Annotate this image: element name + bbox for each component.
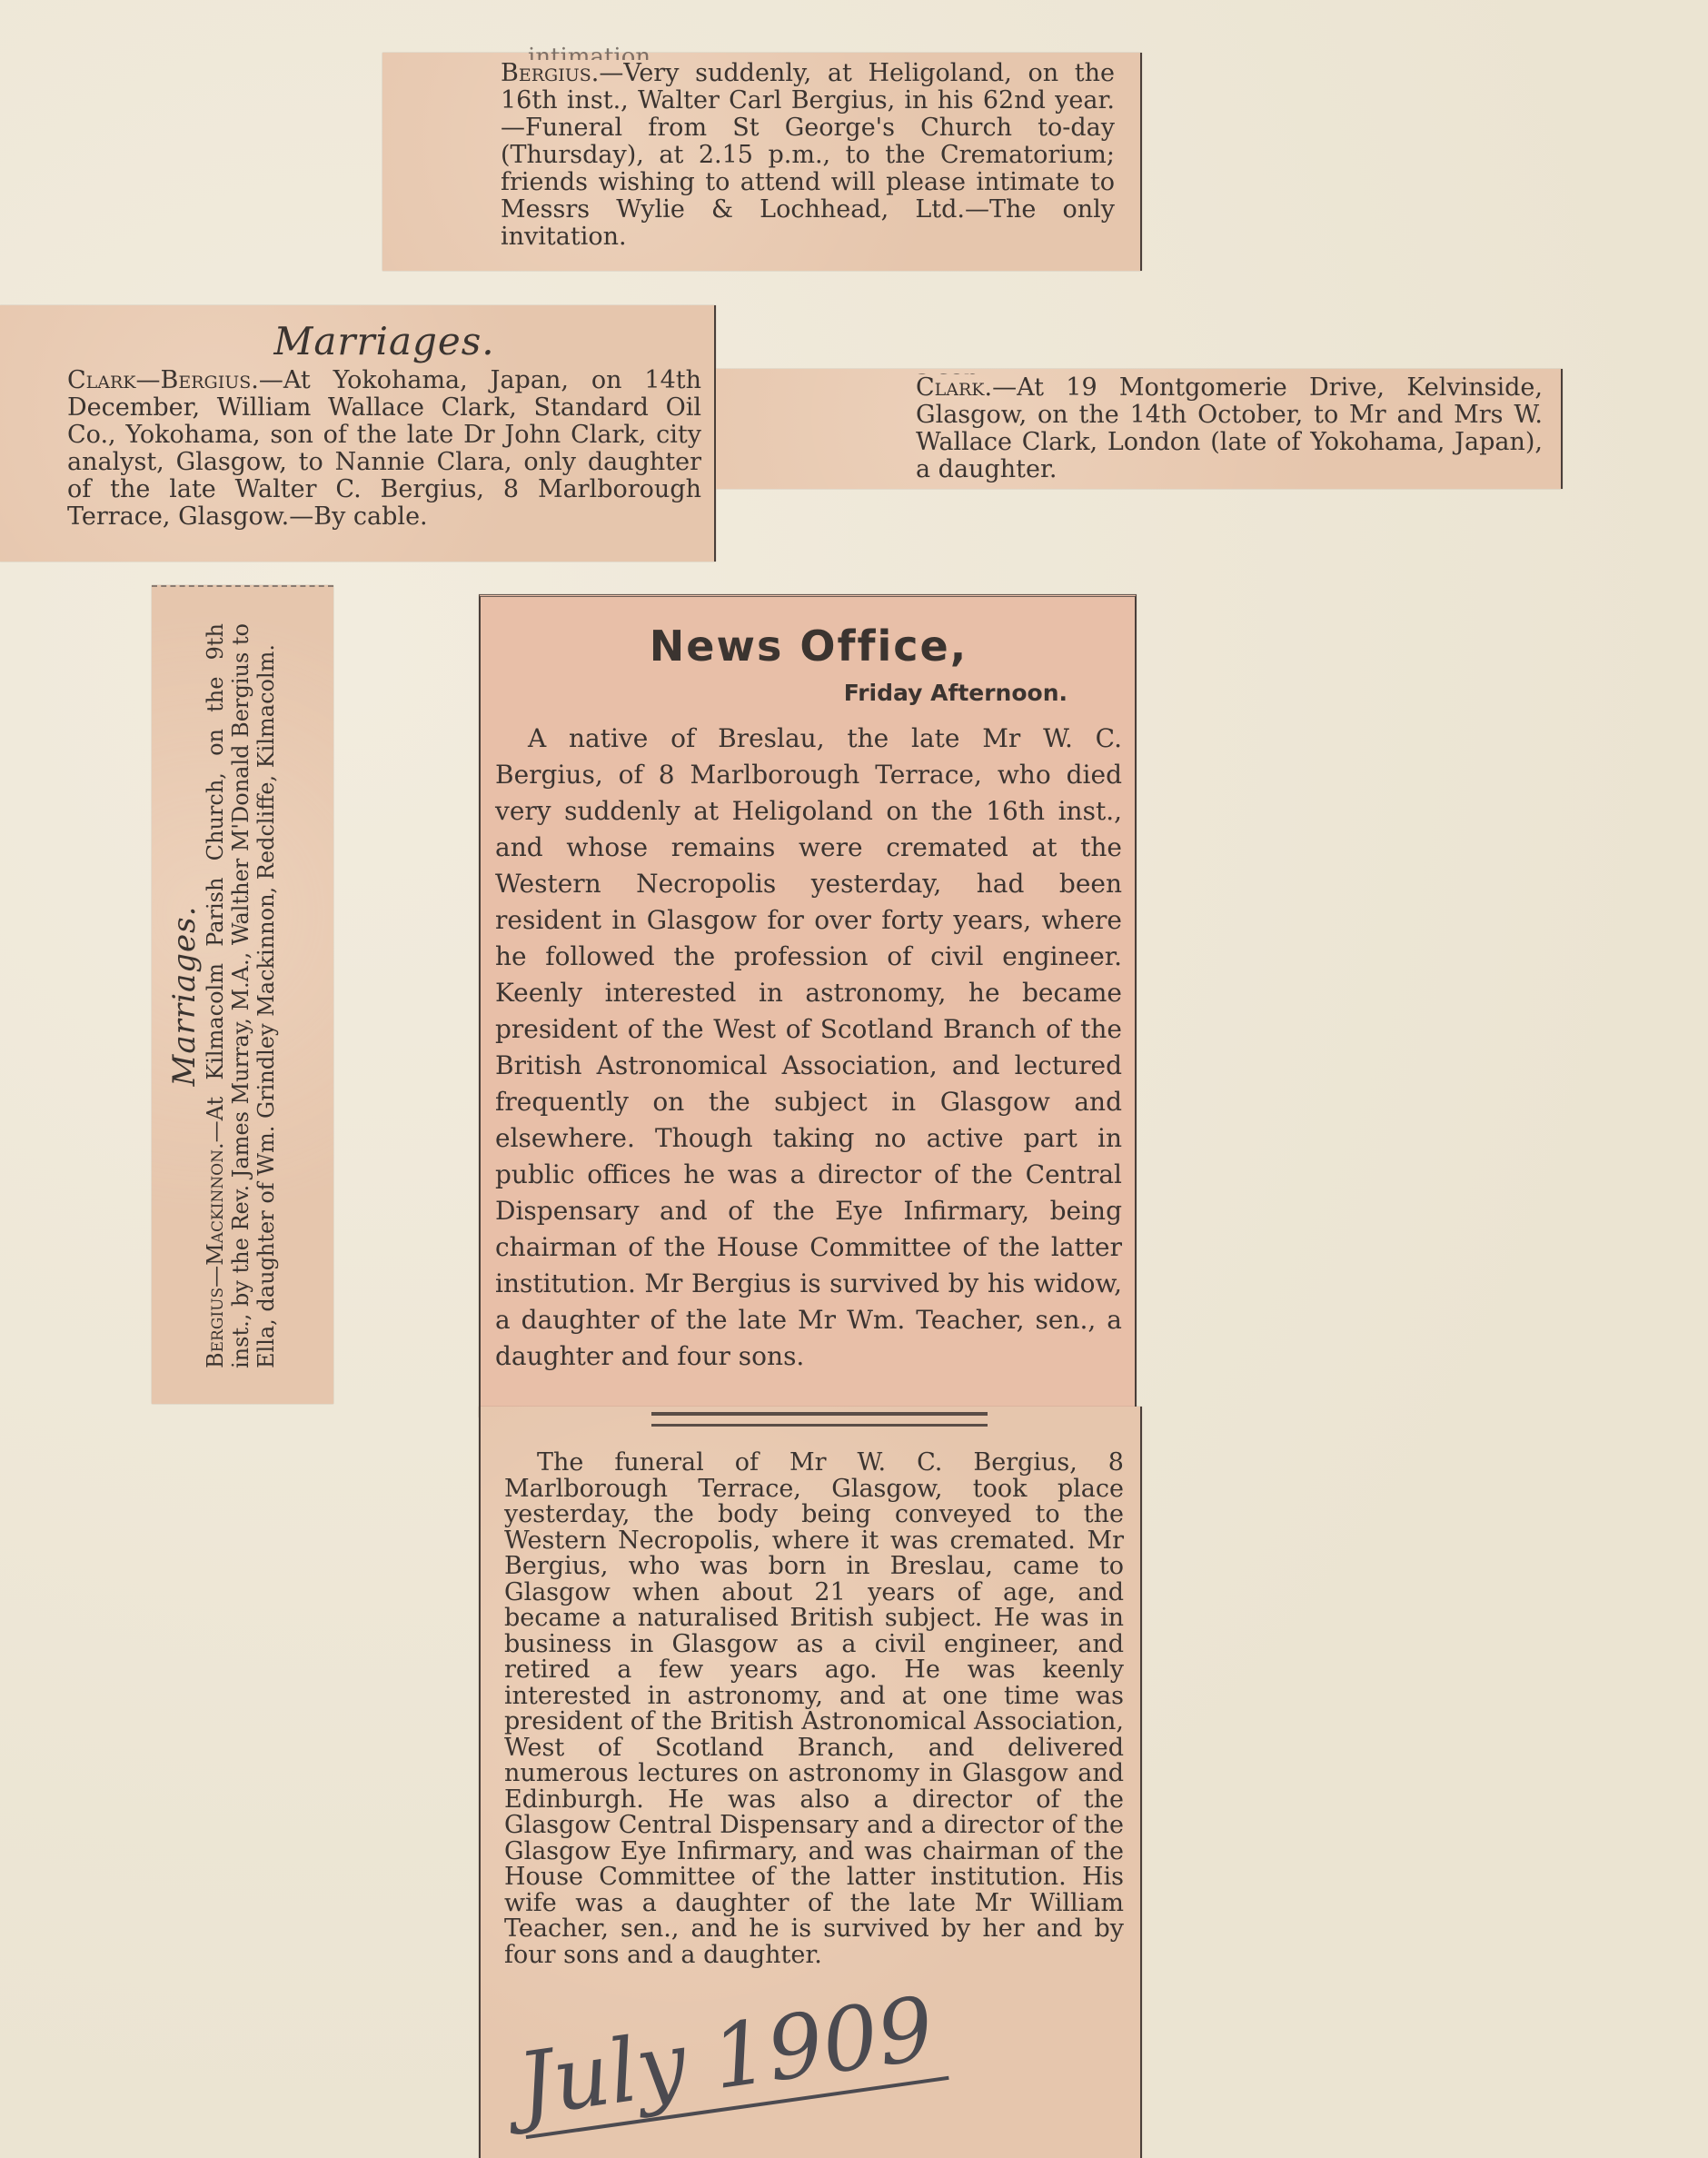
- cut-line-top: a son.: [916, 365, 1543, 374]
- birth-body: —At 19 Montgomerie Drive, Kelvinside, Gl…: [916, 373, 1543, 483]
- clipping-funeral-report: The funeral of Mr W. C. Bergius, 8 Marlb…: [479, 1407, 1142, 2158]
- birth-text: Clark.—At 19 Montgomerie Drive, Kelvinsi…: [916, 374, 1543, 483]
- marriage-names: Bergius—Mackinnon.: [203, 1142, 228, 1368]
- funeral-report-text: The funeral of Mr W. C. Bergius, 8 Marlb…: [504, 1450, 1124, 1968]
- clipping-marriage-bergius-mackinnon: Marriages. Bergius—Mackinnon.—At Kilmaco…: [152, 585, 333, 1404]
- clipping-birth-clark: a son. Clark.—At 19 Montgomerie Drive, K…: [716, 369, 1563, 489]
- rotated-text-block: Marriages. Bergius—Mackinnon.—At Kilmaco…: [161, 605, 333, 1387]
- double-rule-divider: [651, 1412, 988, 1427]
- clipping-funeral-notice: intimation. Bergius.—Very suddenly, at H…: [382, 53, 1142, 271]
- notice-text: Bergius.—Very suddenly, at Heligoland, o…: [501, 60, 1115, 251]
- marriages-heading: Marriages.: [166, 623, 203, 1368]
- news-office-subtitle: Friday Afternoon.: [495, 677, 1067, 710]
- news-office-text: A native of Breslau, the late Mr W. C. B…: [495, 721, 1122, 1375]
- marriage-names: Clark—Bergius.: [67, 366, 259, 394]
- notice-name: Bergius.: [501, 59, 599, 87]
- clipping-news-office: News Office, Friday Afternoon. A native …: [479, 594, 1137, 1417]
- cut-line-top: intimation.: [501, 44, 1115, 60]
- clipping-marriage-clark-bergius: Marriages. Clark—Bergius.—At Yokohama, J…: [0, 305, 716, 562]
- birth-name: Clark.: [916, 373, 992, 402]
- notice-body: —Very suddenly, at Heligoland, on the 16…: [501, 59, 1115, 251]
- handwritten-date: July 1909: [511, 1977, 948, 2139]
- funeral-report-body: The funeral of Mr W. C. Bergius, 8 Marlb…: [504, 1450, 1124, 1968]
- marriages-heading: Marriages.: [67, 318, 701, 365]
- marriage-text: Bergius—Mackinnon.—At Kilmacolm Parish C…: [203, 623, 279, 1368]
- news-office-title: News Office,: [495, 621, 1122, 671]
- news-office-body: A native of Breslau, the late Mr W. C. B…: [495, 721, 1122, 1375]
- marriage-text: Clark—Bergius.—At Yokohama, Japan, on 14…: [67, 367, 701, 531]
